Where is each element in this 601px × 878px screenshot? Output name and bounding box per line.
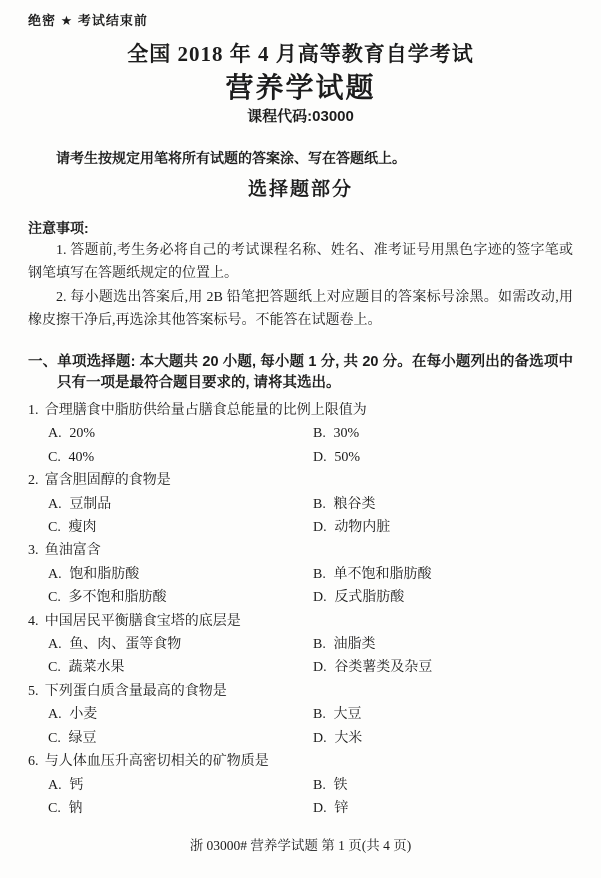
section-heading: 选择题部分 <box>28 177 573 203</box>
option-a: A.鱼、肉、蛋等食物 <box>48 633 313 656</box>
option-a: A.小麦 <box>48 703 313 726</box>
question-block-6: 6.与人体血压升高密切相关的矿物质是 A.钙 B.铁 C.钠 D.锌 <box>28 750 573 820</box>
question-number: 2. <box>28 473 39 488</box>
option-c: C.多不饱和脂肪酸 <box>48 586 313 609</box>
option-d: D.50% <box>313 446 573 469</box>
option-c: C.瘦肉 <box>48 516 313 539</box>
question-text: 下列蛋白质含量最高的食物是 <box>45 684 227 699</box>
option-row: C.蔬菜水果 D.谷类薯类及杂豆 <box>28 656 573 679</box>
option-c: C.钠 <box>48 797 313 820</box>
question-number: 3. <box>28 543 39 558</box>
option-row: C.绿豆 D.大米 <box>28 727 573 750</box>
question-text: 中国居民平衡膳食宝塔的底层是 <box>45 614 241 629</box>
question-stem: 5.下列蛋白质含量最高的食物是 <box>28 680 573 703</box>
option-row: A.鱼、肉、蛋等食物 B.油脂类 <box>28 633 573 656</box>
question-stem: 1.合理膳食中脂肪供给量占膳食总能量的比例上限值为 <box>28 399 573 422</box>
notes-heading: 注意事项: <box>28 218 573 238</box>
option-row: A.小麦 B.大豆 <box>28 703 573 726</box>
question-block-2: 2.富含胆固醇的食物是 A.豆制品 B.粮谷类 C.瘦肉 D.动物内脏 <box>28 469 573 539</box>
question-number: 6. <box>28 754 39 769</box>
exam-paper-page: 绝密 ★ 考试结束前 全国 2018 年 4 月高等教育自学考试 营养学试题 课… <box>0 0 601 878</box>
question-text: 与人体血压升高密切相关的矿物质是 <box>45 754 269 769</box>
option-b: B.30% <box>313 422 573 445</box>
option-a: A.豆制品 <box>48 493 313 516</box>
note-item-1: 1. 答题前,考生务必将自己的考试课程名称、姓名、准考证号用黑色字迹的签字笔或钢… <box>28 240 573 285</box>
option-a: A.钙 <box>48 774 313 797</box>
question-number: 5. <box>28 684 39 699</box>
option-d: D.反式脂肪酸 <box>313 586 573 609</box>
option-row: A.饱和脂肪酸 B.单不饱和脂肪酸 <box>28 563 573 586</box>
option-b: B.油脂类 <box>313 633 573 656</box>
question-stem: 6.与人体血压升高密切相关的矿物质是 <box>28 750 573 773</box>
question-text: 鱼油富含 <box>45 543 101 558</box>
option-row: C.40% D.50% <box>28 446 573 469</box>
question-stem: 2.富含胆固醇的食物是 <box>28 469 573 492</box>
page-footer: 浙 03000# 营养学试题 第 1 页(共 4 页) <box>0 838 601 854</box>
option-d: D.动物内脏 <box>313 516 573 539</box>
option-c: C.蔬菜水果 <box>48 656 313 679</box>
note-item-2: 2. 每小题选出答案后,用 2B 铅笔把答题纸上对应题目的答案标号涂黑。如需改动… <box>28 287 573 332</box>
question-block-4: 4.中国居民平衡膳食宝塔的底层是 A.鱼、肉、蛋等食物 B.油脂类 C.蔬菜水果… <box>28 610 573 680</box>
option-d: D.大米 <box>313 727 573 750</box>
option-d: D.谷类薯类及杂豆 <box>313 656 573 679</box>
question-text: 合理膳食中脂肪供给量占膳食总能量的比例上限值为 <box>45 403 367 418</box>
option-row: C.瘦肉 D.动物内脏 <box>28 516 573 539</box>
question-stem: 4.中国居民平衡膳食宝塔的底层是 <box>28 610 573 633</box>
option-a: A.饱和脂肪酸 <box>48 563 313 586</box>
question-list: 1.合理膳食中脂肪供给量占膳食总能量的比例上限值为 A.20% B.30% C.… <box>28 399 573 820</box>
question-number: 4. <box>28 614 39 629</box>
question-block-5: 5.下列蛋白质含量最高的食物是 A.小麦 B.大豆 C.绿豆 D.大米 <box>28 680 573 750</box>
question-block-3: 3.鱼油富含 A.饱和脂肪酸 B.单不饱和脂肪酸 C.多不饱和脂肪酸 D.反式脂… <box>28 539 573 609</box>
option-b: B.铁 <box>313 774 573 797</box>
answer-instruction: 请考生按规定用笔将所有试题的答案涂、写在答题纸上。 <box>28 149 573 167</box>
option-c: C.40% <box>48 446 313 469</box>
exam-session-title: 全国 2018 年 4 月高等教育自学考试 <box>28 41 573 67</box>
option-b: B.单不饱和脂肪酸 <box>313 563 573 586</box>
option-b: B.大豆 <box>313 703 573 726</box>
part-one-heading: 一、单项选择题: 本大题共 20 小题, 每小题 1 分, 共 20 分。在每小… <box>28 352 573 393</box>
option-row: A.钙 B.铁 <box>28 774 573 797</box>
option-row: C.钠 D.锌 <box>28 797 573 820</box>
option-b: B.粮谷类 <box>313 493 573 516</box>
option-row: A.20% B.30% <box>28 422 573 445</box>
option-d: D.锌 <box>313 797 573 820</box>
question-stem: 3.鱼油富含 <box>28 539 573 562</box>
option-c: C.绿豆 <box>48 727 313 750</box>
option-row: C.多不饱和脂肪酸 D.反式脂肪酸 <box>28 586 573 609</box>
classification-banner: 绝密 ★ 考试结束前 <box>28 13 573 28</box>
exam-title: 营养学试题 <box>28 71 573 105</box>
option-a: A.20% <box>48 422 313 445</box>
course-code: 课程代码:03000 <box>28 107 573 127</box>
question-number: 1. <box>28 403 39 418</box>
question-block-1: 1.合理膳食中脂肪供给量占膳食总能量的比例上限值为 A.20% B.30% C.… <box>28 399 573 469</box>
question-text: 富含胆固醇的食物是 <box>45 473 171 488</box>
option-row: A.豆制品 B.粮谷类 <box>28 493 573 516</box>
